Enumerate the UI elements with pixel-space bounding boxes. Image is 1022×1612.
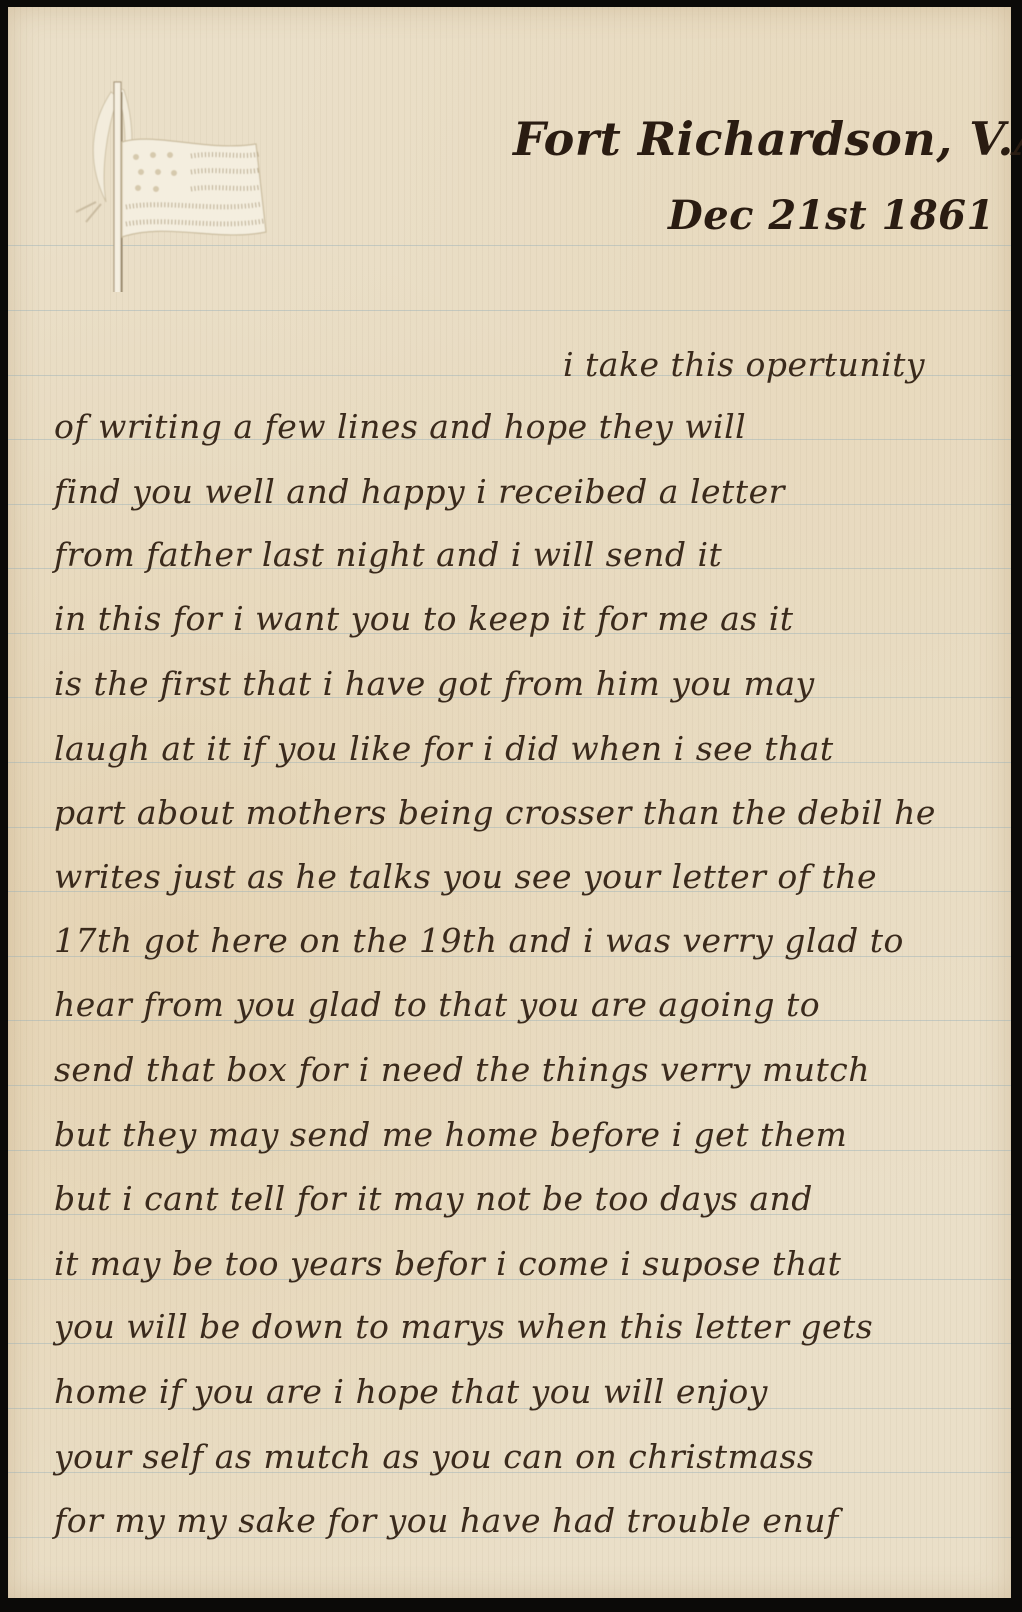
body-line: your self as mutch as you can on christm… — [54, 1437, 814, 1476]
body-line: laugh at it if you like for i did when i… — [54, 729, 834, 768]
body-line: hear from you glad to that you are agoin… — [54, 985, 820, 1024]
body-line: i take this opertunity — [563, 345, 925, 384]
body-line: is the first that i have got from him yo… — [54, 664, 815, 703]
embossed-flag-icon — [56, 52, 296, 292]
body-line: in this for i want you to keep it for me… — [54, 599, 794, 638]
letter-page: Fort Richardson, V.A. Dec 21st 1861 i ta… — [8, 7, 1011, 1598]
body-line: you will be down to marys when this lett… — [54, 1307, 873, 1346]
letter-date: Dec 21st 1861 — [668, 192, 995, 239]
body-line: but they may send me home before i get t… — [54, 1115, 847, 1154]
body-line: part about mothers being crosser than th… — [54, 793, 936, 832]
body-line: of writing a few lines and hope they wil… — [54, 407, 746, 446]
ruled-line — [8, 310, 1011, 311]
body-line: home if you are i hope that you will enj… — [54, 1372, 768, 1411]
letter-place-heading: Fort Richardson, V.A. — [513, 112, 1022, 166]
body-line: find you well and happy i receibed a let… — [54, 472, 785, 511]
body-line: but i cant tell for it may not be too da… — [54, 1179, 813, 1218]
body-line: writes just as he talks you see your let… — [54, 857, 877, 896]
body-line: it may be too years befor i come i supos… — [54, 1244, 841, 1283]
body-line: 17th got here on the 19th and i was verr… — [54, 921, 904, 960]
body-line: for my my sake for you have had trouble … — [54, 1501, 839, 1540]
body-line: send that box for i need the things verr… — [54, 1050, 870, 1089]
body-line: from father last night and i will send i… — [54, 535, 722, 574]
